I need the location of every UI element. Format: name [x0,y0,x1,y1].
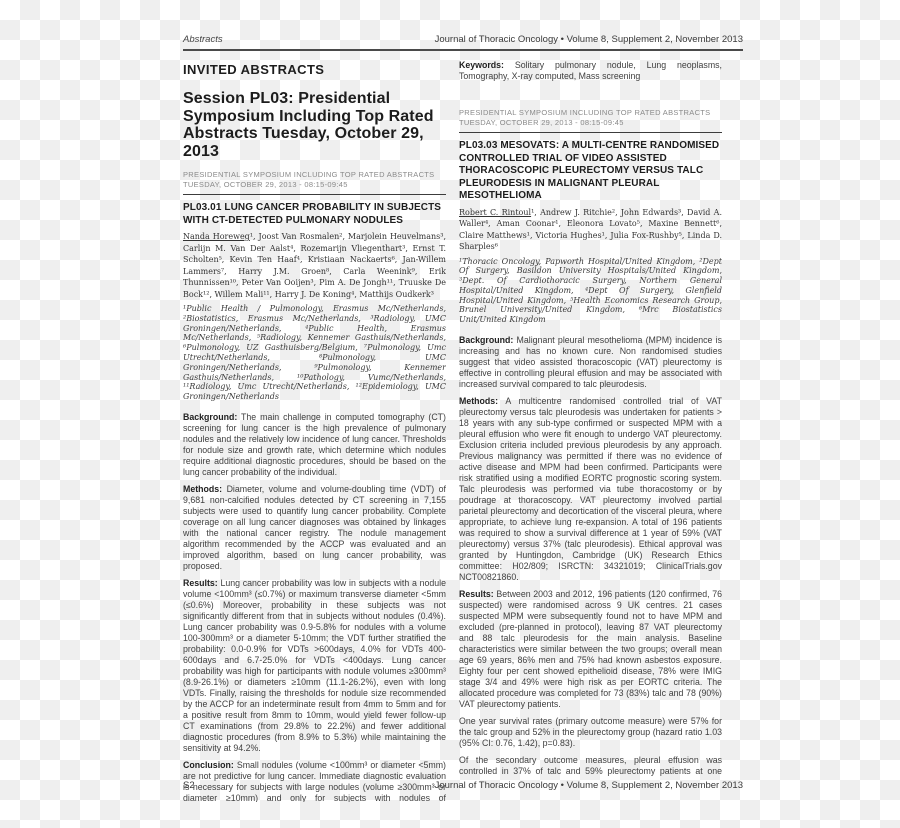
session-strip-line1: PRESIDENTIAL SYMPOSIUM INCLUDING TOP RAT… [183,170,434,179]
running-head-section: Abstracts [183,34,223,45]
paragraph-label: Methods: [459,396,498,406]
running-head-journal: Journal of Thoracic Oncology • Volume 8,… [435,34,743,45]
paragraph-text: One year survival rates (primary outcome… [459,716,722,748]
session-strip: PRESIDENTIAL SYMPOSIUM INCLUDING TOP RAT… [183,170,446,190]
presenting-author: Robert C. Rintoul [459,208,531,217]
page-header: Abstracts Journal of Thoracic Oncology •… [183,34,743,45]
paragraph-label: Background: [183,412,237,422]
paragraph-label: Methods: [183,484,222,494]
author-list: Nanda Horeweg¹, Joost Van Rosmalen², Mar… [183,231,446,300]
footer-journal: Journal of Thoracic Oncology • Volume 8,… [435,780,743,791]
abstract-paragraph-results: Results: Between 2003 and 2012, 196 pati… [459,589,722,710]
invited-abstracts-heading: INVITED ABSTRACTS [183,62,446,77]
abstract-title-pl0301: PL03.01 LUNG CANCER PROBABILITY IN SUBJE… [183,202,446,227]
presenting-author: Nanda Horeweg [183,232,250,241]
section-rule [183,194,446,195]
keywords: Keywords: Solitary pulmonary nodule, Lun… [459,60,722,82]
author-list: Robert C. Rintoul¹, Andrew J. Ritchie², … [459,207,722,253]
paragraph-text: Diameter, volume and volume-doubling tim… [183,484,446,571]
header-rule [183,49,743,51]
abstract-paragraph-results: Results: Lung cancer probability was low… [183,578,446,754]
session-strip-line2: TUESDAY, OCTOBER 29, 2013 - 08:15-09:45 [459,118,624,127]
paragraph-text: A multicentre randomised controlled tria… [459,396,722,582]
abstract-paragraph-survival: One year survival rates (primary outcome… [459,716,722,749]
journal-abstract-page: { "colors": {"checker_light": "#ffffff",… [0,0,900,828]
paragraph-text: Lung cancer probability was low in subje… [183,578,446,753]
affiliations: ¹Public Health / Pulmonology, Erasmus Mc… [183,304,446,402]
keywords-label: Keywords: [459,60,504,70]
affiliations: ¹Thoracic Oncology, Papworth Hospital/Un… [459,257,722,326]
session-strip-line2: TUESDAY, OCTOBER 29, 2013 - 08:15-09:45 [183,180,348,189]
abstract-paragraph-background: Background: The main challenge in comput… [183,412,446,478]
paragraph-label: Conclusion: [183,760,234,770]
coauthors: ¹, Joost Van Rosmalen², Marjolein Heuvel… [183,232,446,299]
paragraph-label: Results: [183,578,218,588]
page-number: S2 [183,780,195,791]
session-strip-line1: PRESIDENTIAL SYMPOSIUM INCLUDING TOP RAT… [459,108,710,117]
paragraph-text: Of the secondary outcome measures, pleur… [459,755,722,778]
paragraph-text: Between 2003 and 2012, 196 patients (120… [459,589,722,709]
abstract-paragraph-secondary-outcomes: Of the secondary outcome measures, pleur… [459,755,722,778]
right-column: Keywords: Solitary pulmonary nodule, Lun… [459,60,722,778]
paragraph-label: Background: [459,335,513,345]
left-column: INVITED ABSTRACTS Session PL03: Presiden… [183,62,446,802]
abstract-paragraph-background: Background: Malignant pleural mesothelio… [459,335,722,390]
session-strip: PRESIDENTIAL SYMPOSIUM INCLUDING TOP RAT… [459,108,722,128]
abstract-paragraph-methods: Methods: A multicentre randomised contro… [459,396,722,583]
abstract-title-pl0303: PL03.03 MESOVATS: A MULTI-CENTRE RANDOMI… [459,140,722,203]
session-title: Session PL03: Presidential Symposium Inc… [183,90,446,160]
section-rule [459,132,722,133]
page-footer: S2 Journal of Thoracic Oncology • Volume… [183,780,743,791]
abstract-paragraph-methods: Methods: Diameter, volume and volume-dou… [183,484,446,572]
paragraph-label: Results: [459,589,494,599]
